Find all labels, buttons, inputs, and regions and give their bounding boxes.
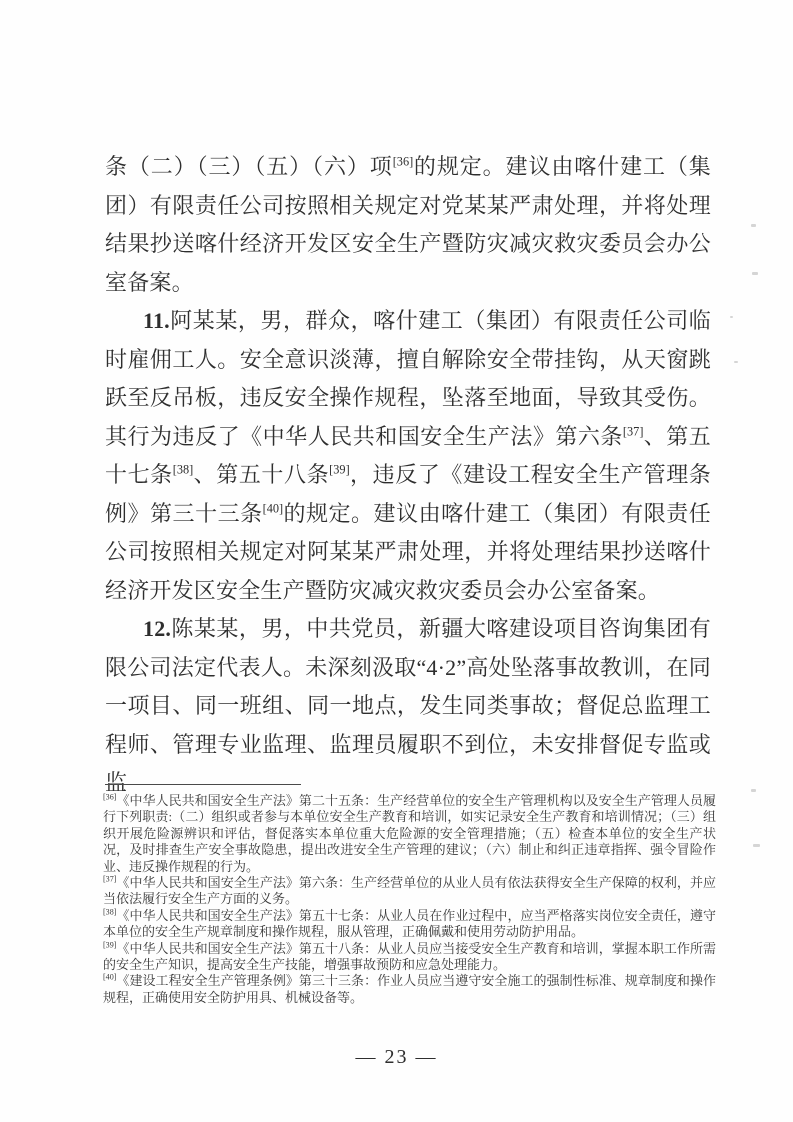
footnote-marker: [40] bbox=[103, 973, 116, 982]
footnote: [40]《建设工程安全生产管理条例》第三十三条：作业人员应当遵守安全施工的强制性… bbox=[103, 973, 716, 1006]
scan-speck bbox=[751, 224, 756, 227]
paragraph: 11.阿某某，男，群众，喀什建工（集团）有限责任公司临时雇佣工人。安全意识淡薄，… bbox=[105, 302, 711, 610]
footnote: [37]《中华人民共和国安全生产法》第六条：生产经营单位的从业人员有依法获得安全… bbox=[103, 875, 716, 908]
scan-speck bbox=[734, 361, 738, 363]
footnotes: [36]《中华人民共和国安全生产法》第二十五条：生产经营单位的安全生产管理机构以… bbox=[103, 793, 716, 1006]
footnote-ref: [37] bbox=[623, 424, 644, 438]
paragraph: 条（二）（三）（五）（六）项[36]的规定。建议由喀什建工（集团）有限责任公司按… bbox=[105, 148, 711, 302]
footnote-marker: [36] bbox=[103, 793, 116, 802]
paragraph-number: 11. bbox=[143, 308, 170, 333]
footnote-marker: [39] bbox=[103, 940, 116, 949]
page-number: — 23 — bbox=[0, 1046, 793, 1069]
document-page: 条（二）（三）（五）（六）项[36]的规定。建议由喀什建工（集团）有限责任公司按… bbox=[0, 0, 793, 1122]
paragraph-number: 12. bbox=[143, 616, 171, 641]
body-text: 条（二）（三）（五）（六）项[36]的规定。建议由喀什建工（集团）有限责任公司按… bbox=[105, 148, 711, 803]
footnote-ref: [36] bbox=[393, 155, 414, 169]
footnote-separator bbox=[105, 784, 301, 785]
scan-speck bbox=[751, 789, 756, 792]
footnote-ref: [40] bbox=[263, 501, 284, 515]
scan-speck bbox=[752, 272, 758, 275]
footnote: [36]《中华人民共和国安全生产法》第二十五条：生产经营单位的安全生产管理机构以… bbox=[103, 793, 716, 875]
footnote-ref: [39] bbox=[329, 463, 350, 477]
footnote-marker: [38] bbox=[103, 908, 116, 917]
footnote-marker: [37] bbox=[103, 875, 116, 884]
footnote: [39]《中华人民共和国安全生产法》第五十八条：从业人员应当接受安全生产教育和培… bbox=[103, 941, 716, 974]
scan-speck bbox=[753, 844, 760, 847]
scan-speck bbox=[730, 316, 733, 318]
footnote: [38]《中华人民共和国安全生产法》第五十七条：从业人员在作业过程中，应当严格落… bbox=[103, 908, 716, 941]
footnote-ref: [38] bbox=[173, 463, 194, 477]
paragraph: 12.陈某某，男，中共党员，新疆大喀建设项目咨询集团有限公司法定代表人。未深刻汲… bbox=[105, 610, 711, 803]
